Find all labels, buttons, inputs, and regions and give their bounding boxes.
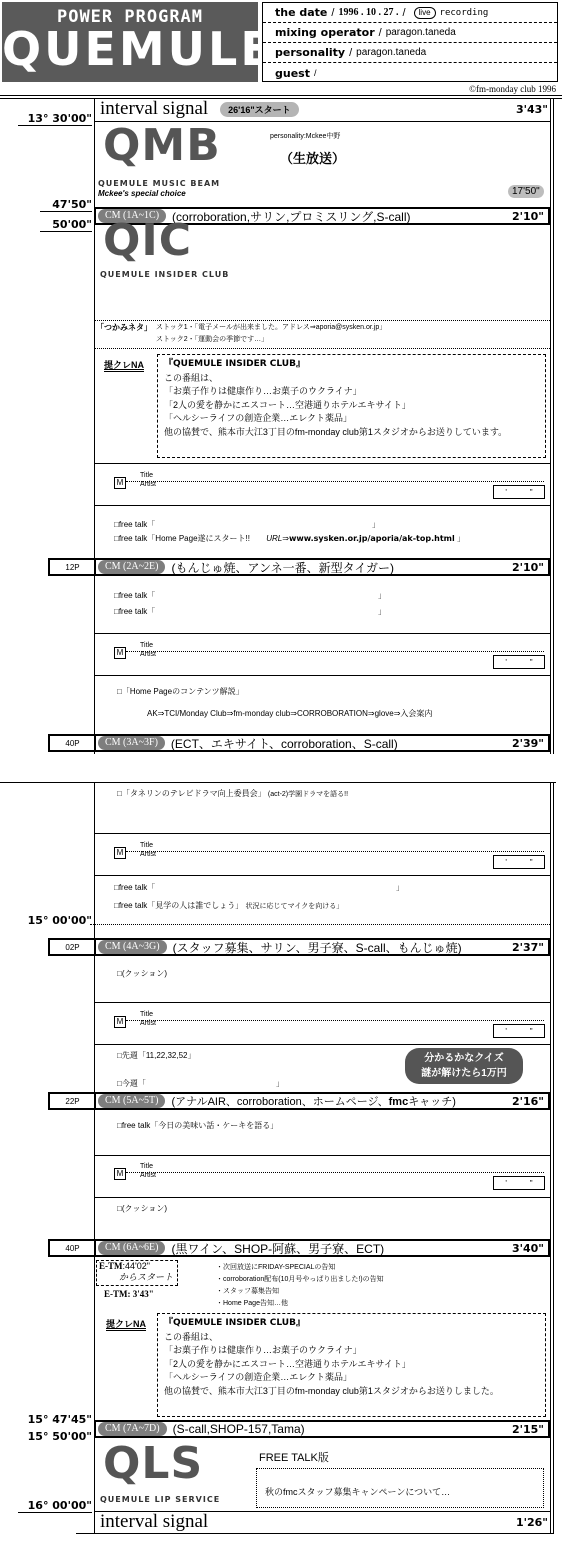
time-4750: 47'50" <box>40 198 92 212</box>
qmb-logo: QMB <box>103 124 221 168</box>
na-line: 「2人の愛を静かにエスコート…空港通りホテルエキサイト」 <box>164 1358 539 1372</box>
qls-subtitle: QUEMULE LIP SERVICE <box>100 1495 220 1504</box>
recording-label: recording <box>440 8 489 18</box>
cm-pill-7: CM (7A~7D) <box>98 1422 167 1436</box>
free-talk-1: □free talk「 <box>114 519 155 530</box>
music-artist-label: Artist <box>140 481 156 488</box>
cm-duration-5: 2'16" <box>512 1095 544 1108</box>
time-5000: 50'00" <box>40 218 92 232</box>
qls-logo: QLS <box>103 1442 203 1486</box>
cm-label-2: (もんじゅ焼、アンネ一番、新型タイガー) <box>171 559 511 576</box>
divider <box>94 833 550 834</box>
qic-subtitle: QUEMULE INSIDER CLUB <box>100 270 229 279</box>
music-artist-label: Artist <box>140 1020 156 1027</box>
music-artist-label: Artist <box>140 1172 156 1179</box>
free-talk-5: □free talk「 <box>114 882 155 893</box>
divider <box>94 320 550 321</box>
cm-row-6: 40P CM (6A~6E) (黒ワイン、SHOP-阿蘇、男子寮、ECT) 3'… <box>48 1239 550 1257</box>
qls-free-talk: FREE TALK版 <box>259 1449 329 1465</box>
divider <box>94 1002 550 1003</box>
time-1330: 13° 30'00" <box>18 112 92 126</box>
live-badge: live <box>414 7 436 19</box>
cm-row-3: 40P CM (3A~3F) (ECT、エキサイト、corroboration、… <box>48 734 550 752</box>
music-title-label: Title <box>140 1163 153 1170</box>
quiz-last-week: □先週「11,22,32,52」 <box>117 1050 196 1061</box>
music-icon: M <box>114 647 126 659</box>
notice-list: ・次回放送にFRIDAY-SPECIALの告知 ・corroboration配布… <box>216 1262 384 1310</box>
divider <box>94 1197 550 1198</box>
qmb-time-badge: 17'50" <box>508 185 544 198</box>
qic-logo: QIC <box>103 219 192 263</box>
neta-stock-1: ストック1・「電子メールが出来ました。アドレス⇒aporia@sysken.or… <box>156 322 386 332</box>
notice-item: ・corroboration配布(10月号やっぱり出ました!)の告知 <box>216 1274 384 1286</box>
quiz-badge: 分かるかなクイズ 謎が解けたら1万円 <box>405 1048 523 1084</box>
cushion-2: □(クッション) <box>117 1203 167 1214</box>
neta-stock-2: ストック2・「運動会の季節です…」 <box>156 334 268 344</box>
interval-duration: 1'26" <box>516 1516 548 1529</box>
interval-label: interval signal <box>100 98 208 120</box>
na-line: 「ヘルシーライフの創造企業…エレクト薬品」 <box>164 1371 539 1385</box>
personality-row: personality / paragon.taneda <box>263 43 557 63</box>
cm-code-2: 12P <box>50 560 96 574</box>
notice-item: ・スタッフ募集告知 <box>216 1286 384 1298</box>
cm-duration-1: 2'10" <box>512 210 544 223</box>
na-line: 「ヘルシーライフの創造企業…エレクト薬品」 <box>164 412 539 426</box>
music-slot-5: M Title Artist '" <box>114 1166 550 1194</box>
free-talk-6: □free talk「見学の人は誰でしょう」 状況に応じてマイクを向ける」 <box>114 900 343 911</box>
free-talk-7: □free talk「今日の美味い話・ケーキを語る」 <box>117 1120 278 1131</box>
neta-label: 「つかみネタ」 <box>96 322 152 333</box>
music-title-label: Title <box>140 642 153 649</box>
date-row: the date / 1996 . 10 . 27 . / live recor… <box>263 3 557 23</box>
cm-row-2: 12P CM (2A~2E) (もんじゅ焼、アンネ一番、新型タイガー) 2'10… <box>48 558 550 576</box>
music-slot-3: M Title Artist '" <box>114 845 550 873</box>
cm-code-3: 40P <box>50 736 96 750</box>
frame-right-outer <box>553 782 554 1534</box>
cm-pill-4: CM (4A~3G) <box>98 940 167 954</box>
qmb-subtitle: QUEMULE MUSIC BEAM <box>98 179 220 188</box>
cm-label-7: (S-call,SHOP-157,Tama) <box>173 1422 512 1436</box>
divider <box>76 1533 554 1534</box>
frame-right-outer <box>553 98 554 754</box>
qmb-tagline: Mckee's special choice <box>98 189 186 198</box>
program-info-box: the date / 1996 . 10 . 27 . / live recor… <box>262 2 558 82</box>
cm-row-7: CM (7A~7D) (S-call,SHOP-157,Tama) 2'15" <box>94 1420 550 1438</box>
interval-signal-row-bottom: interval signal 1'26" <box>100 1511 548 1533</box>
cm-code-6: 40P <box>50 1241 96 1255</box>
music-title-label: Title <box>140 1011 153 1018</box>
etm-box: E-TM:44'02" からスタート <box>96 1260 178 1286</box>
divider <box>94 1044 550 1045</box>
music-time-box[interactable]: '" <box>493 655 545 669</box>
mixing-value: paragon.taneda <box>386 27 456 38</box>
frame-left <box>94 98 95 754</box>
personality-value: paragon.taneda <box>356 47 426 58</box>
music-title-label: Title <box>140 842 153 849</box>
qls-topic-box: 秋のfmcスタッフ募集キャンペーンについて… <box>256 1468 544 1508</box>
na-script-box-2: 『QUEMULE INSIDER CLUB』 この番組は、 「お菓子作りは健康作… <box>157 1313 546 1417</box>
copyright: ©fm-monday club 1996 <box>469 84 556 94</box>
etm-total: E-TM: 3'43" <box>104 1289 154 1299</box>
music-slot-1: M Title Artist '" <box>114 475 550 503</box>
free-talk-2: □free talk「Home Page遂にスタート!! URL⇒www.sys… <box>114 533 465 544</box>
guest-label: guest <box>275 67 310 80</box>
cm-label-3: (ECT、エキサイト、corroboration、S-call) <box>171 735 512 752</box>
music-time-box[interactable]: '" <box>493 855 545 869</box>
homepage-contents: □「Home Pageのコンテンツ解説」 <box>117 686 244 697</box>
qmb-personality: personality:Mckee中野 <box>270 131 340 141</box>
cm-duration-6: 3'40" <box>512 1242 544 1255</box>
na-line: この番組は、 <box>164 372 539 386</box>
music-time-box[interactable]: '" <box>493 1176 545 1190</box>
music-icon: M <box>114 1168 126 1180</box>
time-154745: 15° 47'45" <box>18 1413 92 1426</box>
cm-row-4: 02P CM (4A~3G) (スタッフ募集、サリン、男子寮、S-call、もん… <box>48 938 550 956</box>
cm-pill-6: CM (6A~6E) <box>98 1241 165 1255</box>
logo-title: QUEMULE <box>2 25 258 73</box>
music-title-label: Title <box>140 472 153 479</box>
music-icon: M <box>114 477 126 489</box>
frame-right <box>550 782 551 1534</box>
music-slot-2: M Title Artist '" <box>114 645 550 673</box>
cm-duration-3: 2'39" <box>512 737 544 750</box>
na-label-2: 提クレNA <box>106 1317 146 1330</box>
cm-duration-4: 2'37" <box>512 941 544 954</box>
cm-label-6: (黒ワイン、SHOP-阿蘇、男子寮、ECT) <box>171 1240 511 1257</box>
divider <box>94 348 550 349</box>
time-1500: 15° 00'00" <box>18 914 92 927</box>
cm-label-1: (corroboration,サリン,プロミスリング,S-call) <box>172 208 512 225</box>
interval-label: interval signal <box>100 1511 208 1533</box>
date-label: the date <box>275 6 327 19</box>
time-1600: 16° 00'00" <box>18 1499 92 1513</box>
cm-pill-2: CM (2A~2E) <box>98 560 165 574</box>
cm-label-4: (スタッフ募集、サリン、男子寮、S-call、もんじゅ焼) <box>173 939 512 956</box>
divider <box>94 675 550 676</box>
cm-pill-3: CM (3A~3F) <box>98 736 165 750</box>
frame-right <box>550 98 551 754</box>
na-script-box-1: 『QUEMULE INSIDER CLUB』 この番組は、 「お菓子作りは健康作… <box>157 354 546 458</box>
homepage-url[interactable]: www.sysken.or.jp/aporia/ak-top.html <box>289 534 455 543</box>
divider <box>0 95 562 96</box>
divider <box>94 463 550 464</box>
program-logo: POWER PROGRAM QUEMULE <box>2 2 258 82</box>
na-label-1: 提クレNA <box>104 358 144 371</box>
personality-label: personality <box>275 46 345 59</box>
cm-label-5: (アナルAIR、corroboration、ホームページ、fmcキャッチ) <box>171 1093 511 1109</box>
divider <box>94 505 550 506</box>
na-line: 「お菓子作りは健康作り…お菓子のウクライナ」 <box>164 385 539 399</box>
music-time-box[interactable]: '" <box>493 485 545 499</box>
cushion-1: □(クッション) <box>117 968 167 979</box>
free-talk-4: □free talk「 <box>114 606 155 617</box>
divider <box>90 924 550 925</box>
mixing-row: mixing operator / paragon.taneda <box>263 23 557 43</box>
interval-signal-row: interval signal 26'16"スタート 3'43" <box>100 98 548 120</box>
notice-item: ・次回放送にFRIDAY-SPECIALの告知 <box>216 1262 384 1274</box>
live-broadcast: （生放送） <box>280 148 345 167</box>
interval-duration: 3'43" <box>516 103 548 116</box>
music-time-box[interactable]: '" <box>493 1024 545 1038</box>
cm-duration-2: 2'10" <box>512 561 544 574</box>
na-title-2: 『QUEMULE INSIDER CLUB』 <box>164 1317 539 1331</box>
music-slot-4: M Title Artist '" <box>114 1014 550 1042</box>
free-talk-3: □free talk「 <box>114 590 155 601</box>
cm-code-4: 02P <box>50 940 96 954</box>
homepage-path: AK⇒TCI/Monday Club⇒fm-monday club⇒CORROB… <box>147 708 432 719</box>
cm-row-5: 22P CM (5A~5T) (アナルAIR、corroboration、ホーム… <box>48 1092 550 1110</box>
na-line: 他の協賛で、熊本市大江3丁目のfm-monday club第1スタジオからお送り… <box>164 1385 539 1399</box>
notice-item: ・Home Page告知…他 <box>216 1298 384 1310</box>
na-line: 「2人の愛を静かにエスコート…空港通りホテルエキサイト」 <box>164 399 539 413</box>
date-value: 1996 . 10 . 27 . <box>338 7 398 18</box>
cm-pill-5: CM (5A~5T) <box>98 1094 165 1108</box>
time-155000: 15° 50'00" <box>18 1430 92 1443</box>
music-icon: M <box>114 1016 126 1028</box>
na-line: 他の協賛で、熊本市大江3丁目のfm-monday club第1スタジオからお送り… <box>164 426 539 440</box>
start-badge: 26'16"スタート <box>220 102 298 117</box>
na-line: この番組は、 <box>164 1331 539 1345</box>
divider <box>94 633 550 634</box>
music-artist-label: Artist <box>140 651 156 658</box>
cm-code-5: 22P <box>50 1094 96 1108</box>
music-icon: M <box>114 847 126 859</box>
quiz-this-week: □今週「 <box>117 1078 146 1089</box>
mixing-label: mixing operator <box>275 26 375 39</box>
guest-row: guest / <box>263 63 557 83</box>
na-line: 「お菓子作りは健康作り…お菓子のウクライナ」 <box>164 1344 539 1358</box>
page-divider <box>0 782 556 783</box>
divider <box>94 1155 550 1156</box>
taneri-segment: □「タネリンのテレビドラマ向上委員会」 (act-2)学園ドラマを語る!! <box>117 788 348 799</box>
na-title-1: 『QUEMULE INSIDER CLUB』 <box>164 358 539 372</box>
cm-duration-7: 2'15" <box>512 1423 544 1436</box>
divider <box>94 875 550 876</box>
music-artist-label: Artist <box>140 851 156 858</box>
